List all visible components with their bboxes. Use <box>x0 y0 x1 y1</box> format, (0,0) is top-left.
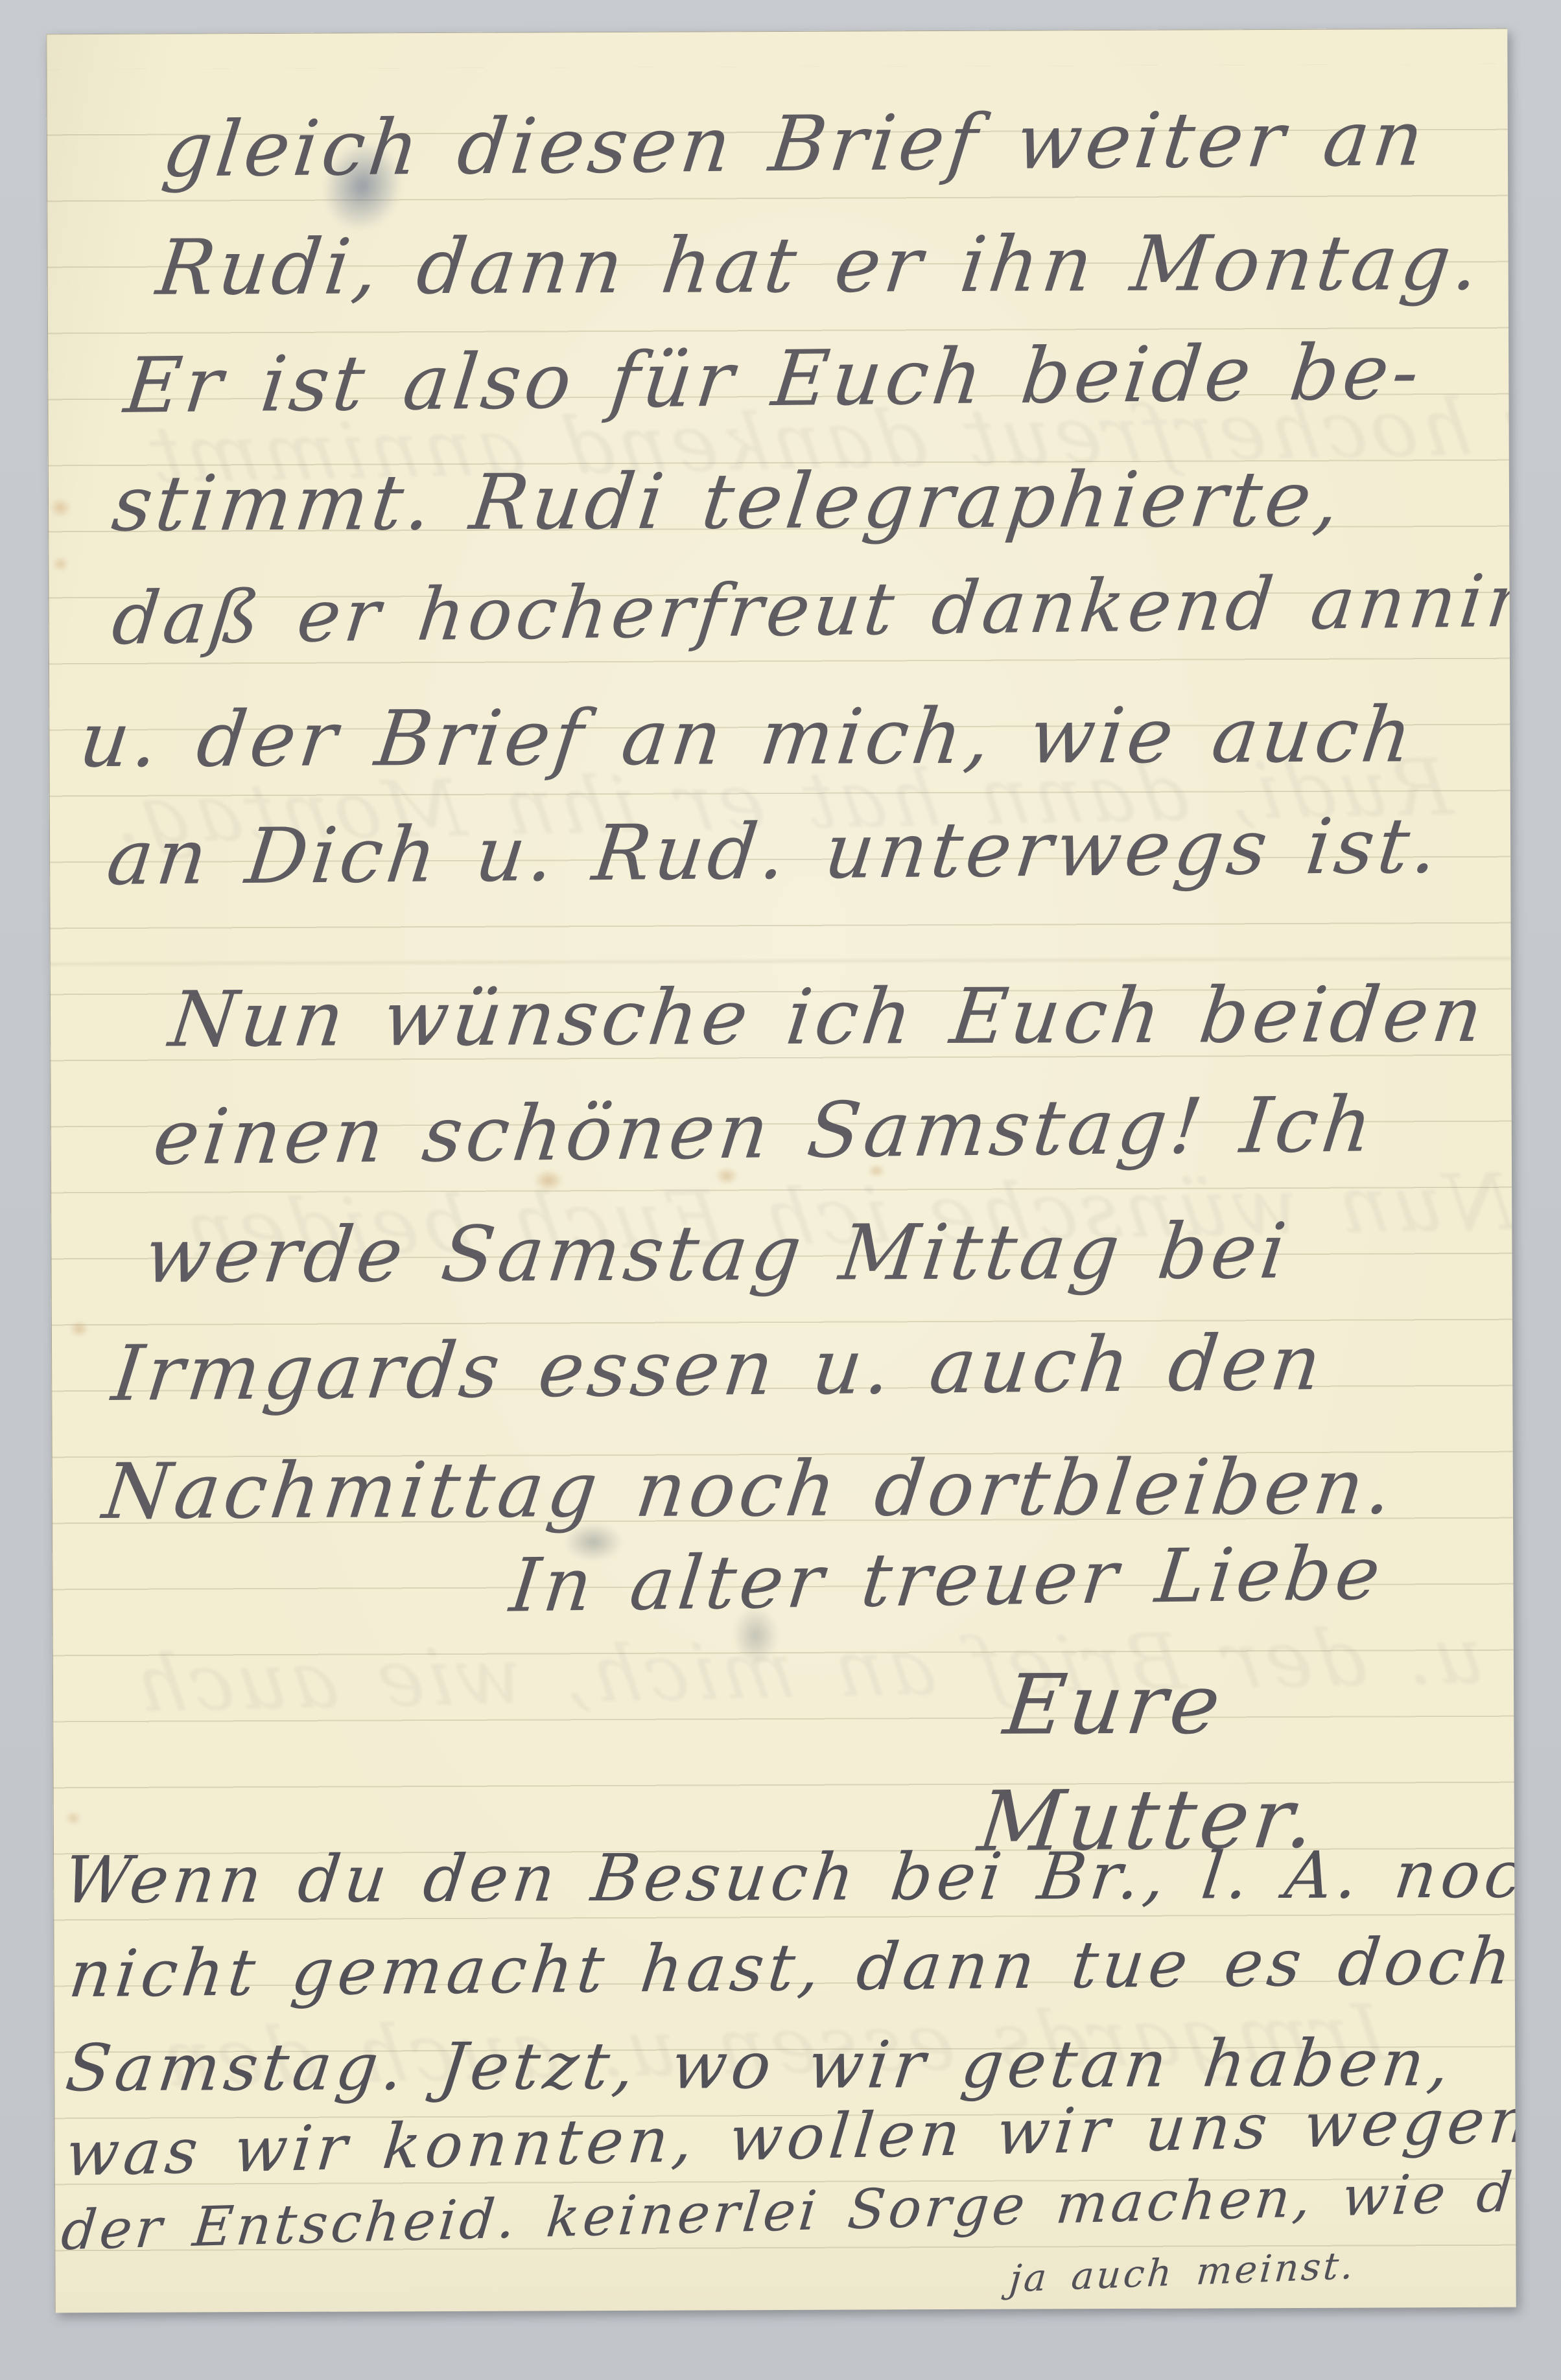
handwritten-line-11: Irmgards essen u. auch den <box>108 1318 1329 1418</box>
handwritten-line-3: Er ist also für Euch beide be- <box>121 327 1427 430</box>
handwritten-line-8: Nun wünsche ich Euch beiden <box>165 970 1491 1064</box>
closing-phrase: In alter treuer Liebe <box>506 1530 1389 1628</box>
handwritten-line-6: u. der Brief an mich, wie auch <box>75 690 1421 784</box>
fold-crease <box>50 955 1511 968</box>
postscript-line-1: Wenn du den Besuch bei Br., l. A. noch <box>60 1836 1516 1918</box>
handwritten-line-9: einen schönen Samstag! Ich <box>149 1079 1380 1182</box>
postscript-line-2: nicht gemacht hast, dann tue es doch <box>65 1923 1516 2012</box>
closing-eure: Eure <box>999 1656 1229 1753</box>
handwritten-line-5: daß er hocherfreut dankend annimmt <box>108 557 1516 661</box>
letter-paper: daß er hocherfreut dankend annimmt Rudi,… <box>46 29 1516 2313</box>
handwritten-line-2: Rudi, dann hat er ihn Montag. <box>152 218 1488 312</box>
fox-stain <box>69 1320 89 1337</box>
handwritten-line-1: gleich diesen Brief weiter an <box>158 93 1431 194</box>
postscript-line-6: ja auch meinst. <box>1008 2243 1358 2301</box>
bleed-through-text: u. der Brief an mich, wie auch <box>125 1611 1490 1730</box>
handwritten-line-7: an Dich u. Rud. unterwegs ist. <box>102 800 1446 902</box>
handwritten-line-4: stimmt. Rudi telegraphierte, <box>108 454 1348 548</box>
fox-stain <box>52 556 69 572</box>
fox-stain <box>49 498 71 517</box>
fox-stain <box>65 1811 82 1825</box>
handwritten-line-12: Nachmittag noch dortbleiben. <box>99 1441 1401 1536</box>
handwritten-line-10: werde Samstag Mittag bei <box>140 1206 1295 1300</box>
